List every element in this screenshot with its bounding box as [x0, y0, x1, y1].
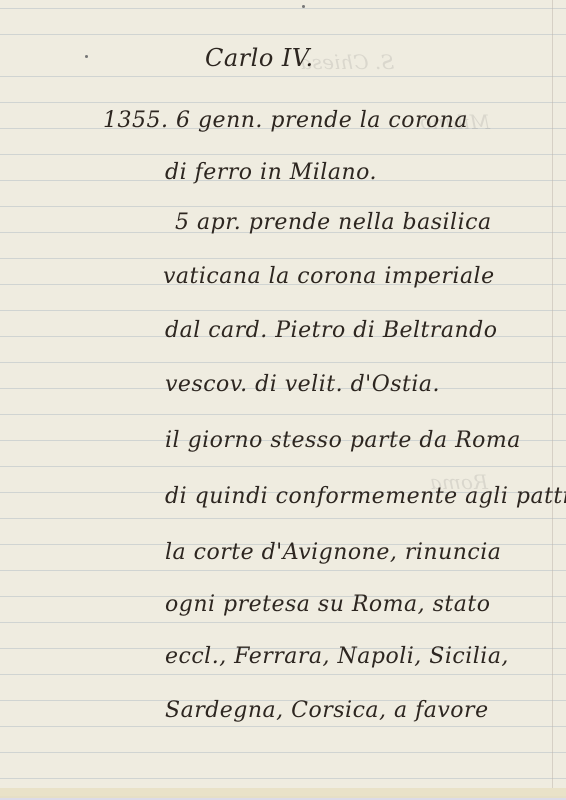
- ink-speck: [85, 55, 88, 58]
- text-line: dal card. Pietro di Beltrando: [165, 318, 498, 343]
- bleed-through-text: S. Chiesa: [300, 50, 394, 74]
- text-line: vescov. di velit. d'Ostia.: [165, 372, 440, 397]
- document-title: Carlo IV.: [205, 44, 314, 72]
- torn-edge: [0, 788, 566, 796]
- text-line: Sardegna, Corsica, a favore: [165, 698, 489, 723]
- text-line: la corte d'Avignone, rinuncia: [165, 540, 501, 565]
- text-line: il giorno stesso parte da Roma: [165, 428, 521, 453]
- text-line: di ferro in Milano.: [165, 160, 377, 185]
- text-line: di quindi conformemente agli patti con: [165, 484, 566, 509]
- text-line: 1355. 6 genn. prende la corona: [103, 108, 468, 133]
- margin-line: [552, 0, 553, 796]
- ink-speck: [302, 5, 305, 8]
- text-line: 5 apr. prende nella basilica: [175, 210, 492, 235]
- text-line: vaticana la corona imperiale: [163, 264, 495, 289]
- manuscript-page: S. Chiesa Milano Roma Carlo IV. 1355. 6 …: [0, 0, 566, 798]
- text-line: ogni pretesa su Roma, stato: [165, 592, 490, 617]
- text-line: eccl., Ferrara, Napoli, Sicilia,: [165, 644, 509, 669]
